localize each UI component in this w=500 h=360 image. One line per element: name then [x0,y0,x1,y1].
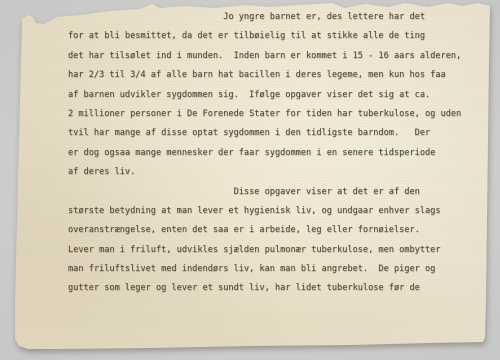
paper-sheet: Jo yngre barnet er, des lettere har detf… [0,0,500,360]
text-line: 2 millioner personer i De Forenede State… [68,105,472,124]
text-line: Disse opgaver viser at det er af den [68,183,472,202]
paper-shadow: Jo yngre barnet er, des lettere har detf… [0,0,500,360]
text-line: største betydning at man lever et hygien… [68,202,472,221]
text-line: har 2/3 til 3/4 af alle barn hat bacille… [68,66,472,85]
text-line: overanstrængelse, enten det saa er i arb… [68,221,472,240]
text-line: af deres liv. [68,163,472,182]
text-line: er dog ogsaa mange mennesker der faar sy… [68,144,472,163]
text-line: for at bli besmittet, da det er tilbøiel… [68,27,472,46]
text-line: Jo yngre barnet er, des lettere har det [68,8,472,27]
text-line: tvil har mange af disse optat sygdommen … [68,124,472,143]
text-line: man friluftslivet med indendørs liv, kan… [68,260,472,279]
typewritten-text-block: Jo yngre barnet er, des lettere har detf… [68,8,472,299]
text-line: af barnen udvikler sygdommen sig. Ifølge… [68,86,472,105]
text-line: gutter som leger og lever et sundt liv, … [68,279,472,298]
photo-background: Jo yngre barnet er, des lettere har detf… [0,0,500,360]
text-line: Lever man i friluft, udvikles sjælden pu… [68,241,472,260]
text-line: det har tilsølet ind i munden. Inden bar… [68,47,472,66]
